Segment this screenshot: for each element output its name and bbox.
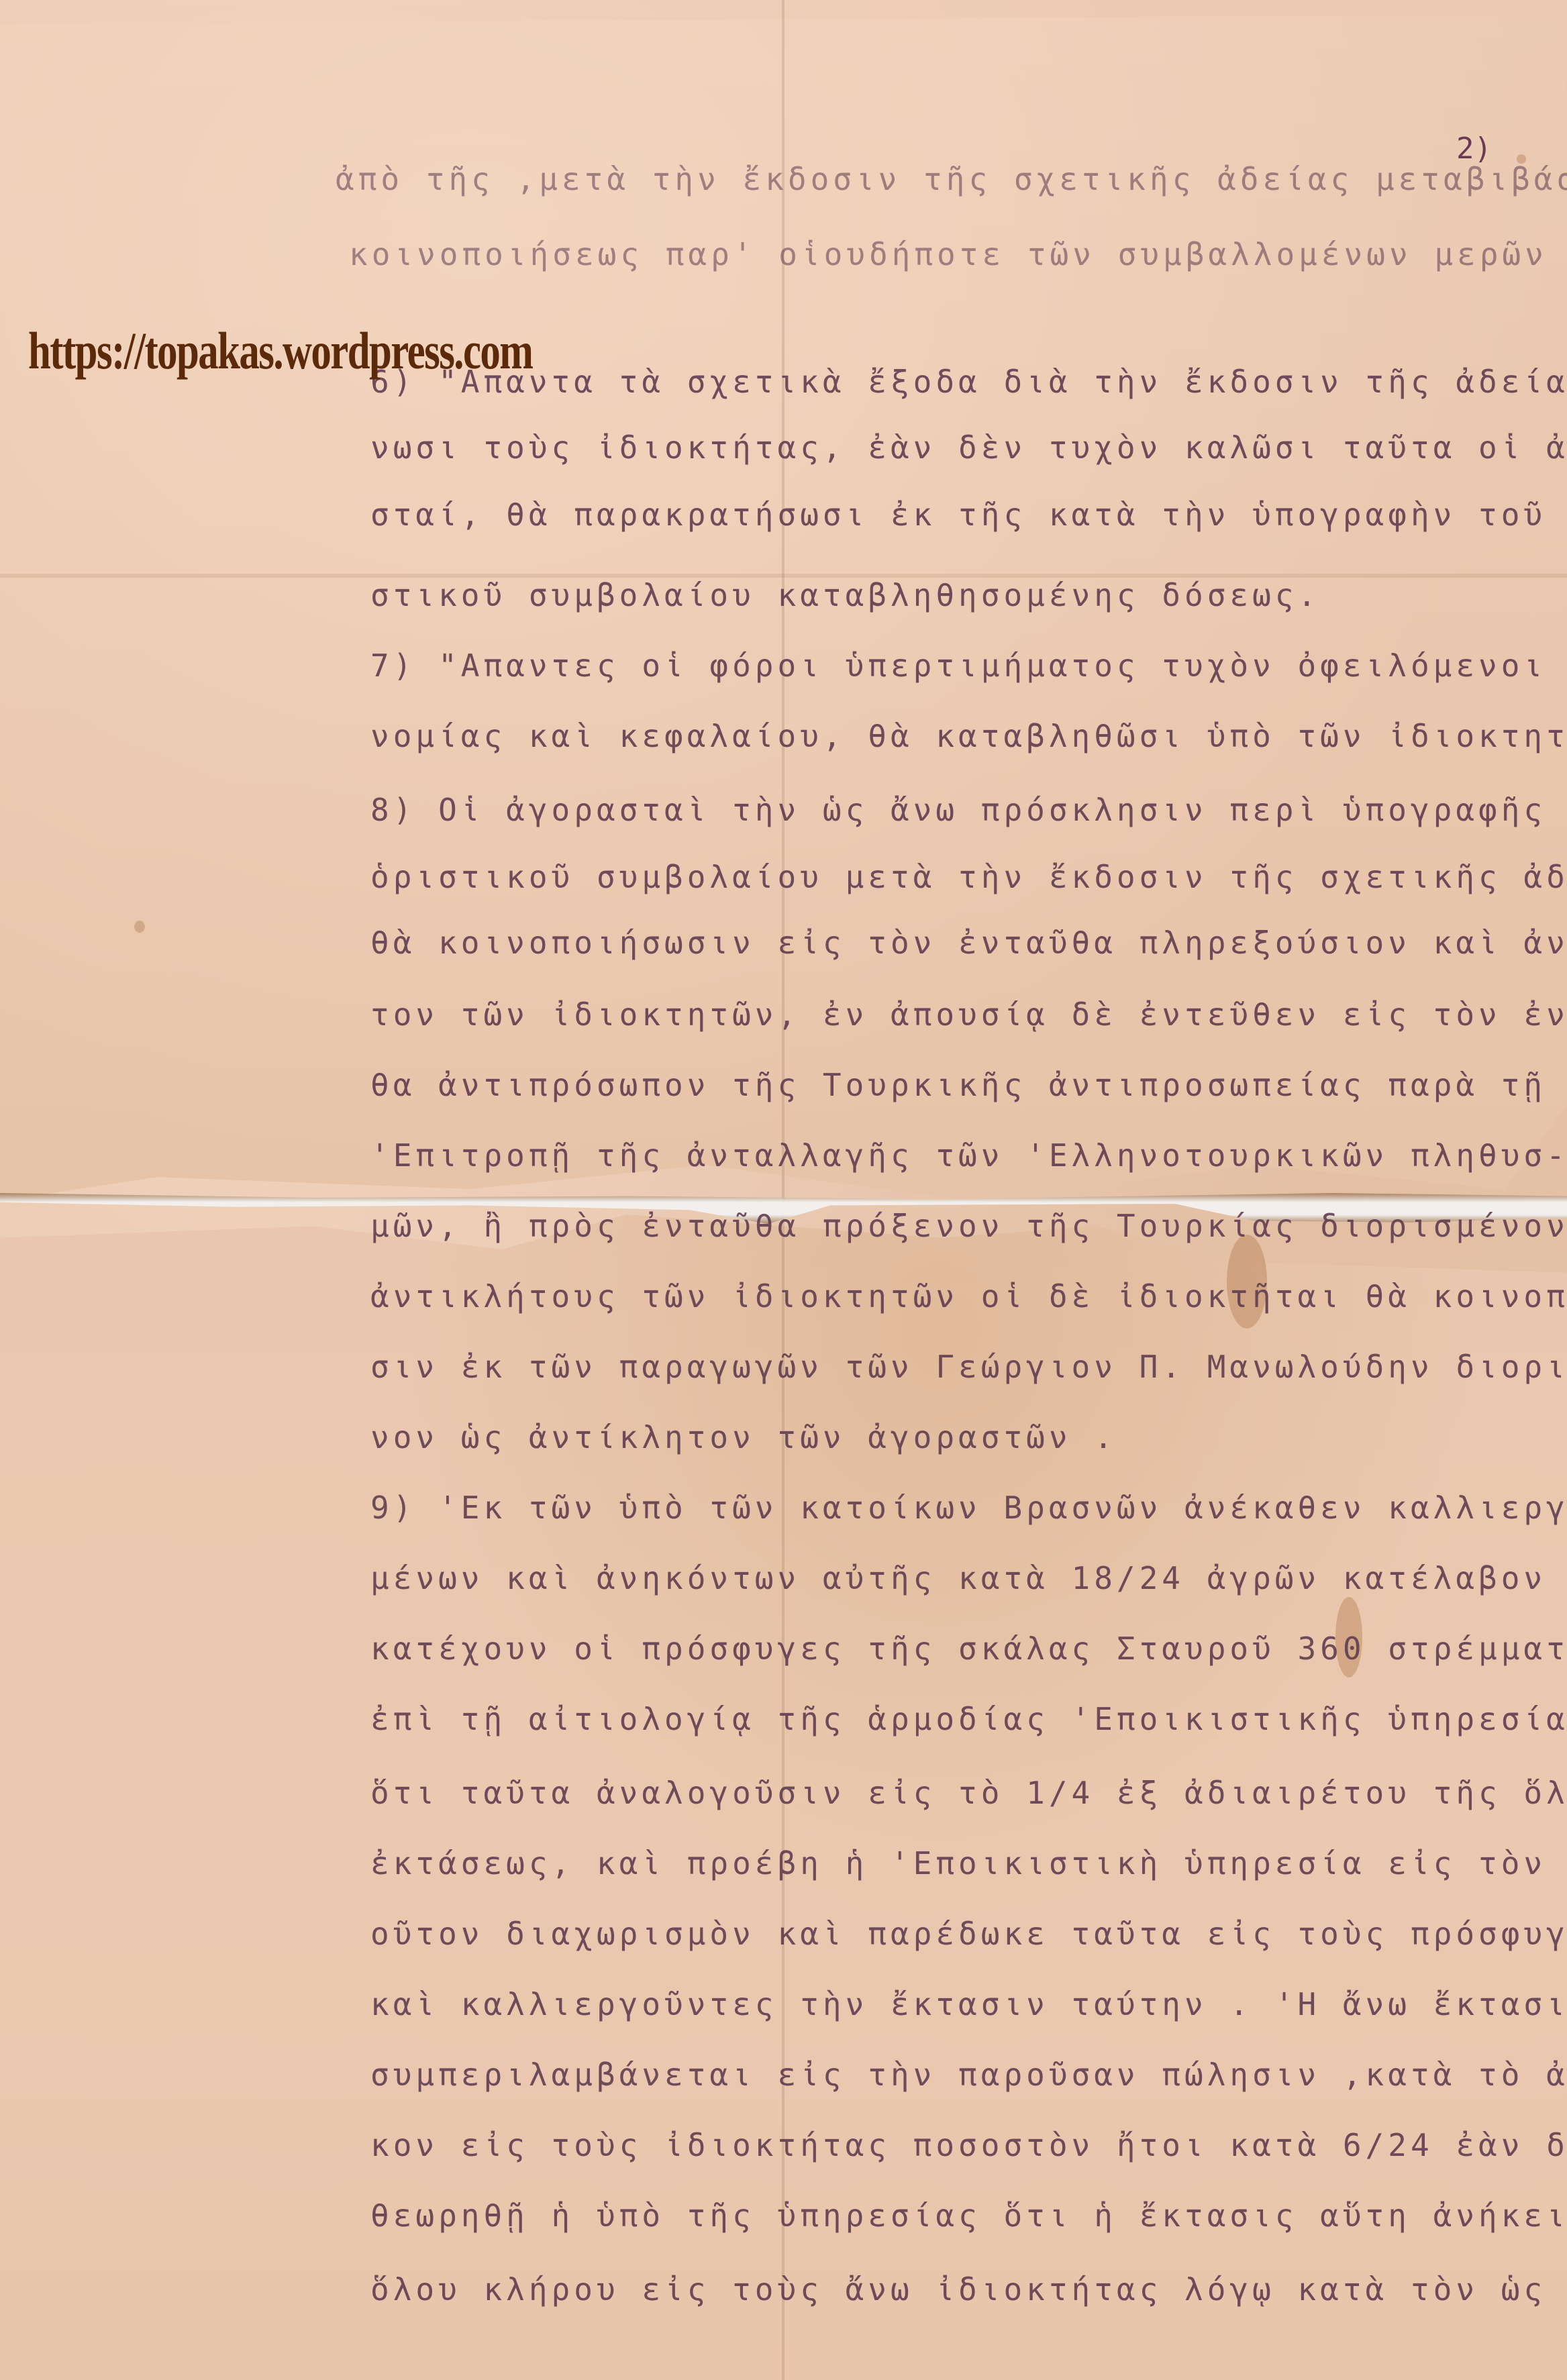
text-line: 'Επιτροπῇ τῆς ἀνταλλαγῆς τῶν 'Ελληνοτουρ… — [370, 1137, 1567, 1174]
text-line: μῶν, ἢ πρὸς ἐνταῦθα πρόξενον τῆς Τουρκία… — [370, 1208, 1567, 1244]
text-line: κατέχουν οἱ πρόσφυγες τῆς σκάλας Σταυροῦ… — [370, 1631, 1567, 1667]
text-line: ὅτι ταῦτα ἀναλογοῦσιν εἰς τὸ 1/4 ἐξ ἀδια… — [370, 1775, 1567, 1811]
text-line: θεωρηθῇ ἡ ὑπὸ τῆς ὑπηρεσίας ὅτι ἡ ἔκτασι… — [370, 2197, 1567, 2234]
text-line: μένων καὶ ἀνηκόντων αὐτῆς κατὰ 18/24 ἀγρ… — [370, 1560, 1567, 1596]
text-line: κον εἰς τοὺς ἰδιοκτήτας ποσοστὸν ἤτοι κα… — [370, 2127, 1567, 2163]
text-line: ὅλου κλήρου εἰς τοὺς ἄνω ἰδιοκτήτας λόγῳ… — [370, 2271, 1546, 2308]
text-line: τον τῶν ἰδιοκτητῶν, ἐν ἀπουσίᾳ δὲ ἐντεῦθ… — [370, 996, 1567, 1033]
text-line: οῦτον διαχωρισμὸν καὶ παρέδωκε ταῦτα εἰς… — [370, 1916, 1567, 1952]
watermark-url: https://topakas.wordpress.com — [28, 321, 532, 381]
text-line: σιν ἐκ τῶν παραγωγῶν τῶν Γεώργιον Π. Μαν… — [370, 1349, 1567, 1385]
text-line: σταί, θὰ παρακρατήσωσι ἐκ τῆς κατὰ τὴν ὑ… — [370, 497, 1567, 533]
text-line: συμπεριλαμβάνεται εἰς τὴν παροῦσαν πώλησ… — [370, 2057, 1567, 2093]
text-line: ἀπὸ τῆς ,μετὰ τὴν ἔκδοσιν τῆς σχετικῆς ἀ… — [336, 161, 1567, 197]
text-line: 8) Οἱ ἀγορασταὶ τὴν ὡς ἄνω πρόσκλησιν πε… — [370, 792, 1567, 828]
text-line: 7) "Απαντες οἱ φόροι ὑπερτιμήματος τυχὸν… — [370, 648, 1567, 684]
text-line: ἐπὶ τῇ αἰτιολογίᾳ τῆς ἁρμοδίας 'Εποικιστ… — [370, 1701, 1567, 1737]
stain-mark — [134, 921, 145, 933]
text-line: νωσι τοὺς ἰδιοκτήτας, ἐὰν δὲν τυχὸν καλῶ… — [370, 429, 1567, 466]
text-line: 9) 'Εκ τῶν ὑπὸ τῶν κατοίκων Βρασνῶν ἀνέκ… — [370, 1490, 1567, 1526]
text-line: 6) "Απαντα τὰ σχετικὰ ἔξοδα διὰ τὴν ἔκδο… — [370, 364, 1567, 400]
vertical-fold-crease — [782, 0, 785, 2380]
text-line: θὰ κοινοποιήσωσιν εἰς τὸν ἐνταῦθα πληρεξ… — [370, 925, 1567, 961]
text-line: ἐκτάσεως, καὶ προέβη ἡ 'Εποικιστικὴ ὑπηρ… — [370, 1845, 1567, 1881]
text-line: καὶ καλλιεργοῦντες τὴν ἔκτασιν ταύτην . … — [370, 1986, 1567, 2022]
text-line: νον ὡς ἀντίκλητον τῶν ἀγοραστῶν . — [370, 1419, 1117, 1455]
text-line: θα ἀντιπρόσωπον τῆς Τουρκικῆς ἀντιπροσωπ… — [370, 1067, 1567, 1103]
text-line: ἀντικλήτους τῶν ἰδιοκτητῶν οἱ δὲ ἰδιοκτῆ… — [370, 1278, 1567, 1314]
text-line: νομίας καὶ κεφαλαίου, θὰ καταβληθῶσι ὑπὸ… — [370, 718, 1567, 754]
text-line: κοινοποιήσεως παρ' οἱουδήποτε τῶν συμβαλ… — [349, 236, 1567, 272]
text-line: στικοῦ συμβολαίου καταβληθησομένης δόσεω… — [370, 577, 1320, 613]
text-line: ὁριστικοῦ συμβολαίου μετὰ τὴν ἔκδοσιν τῆ… — [370, 859, 1567, 895]
